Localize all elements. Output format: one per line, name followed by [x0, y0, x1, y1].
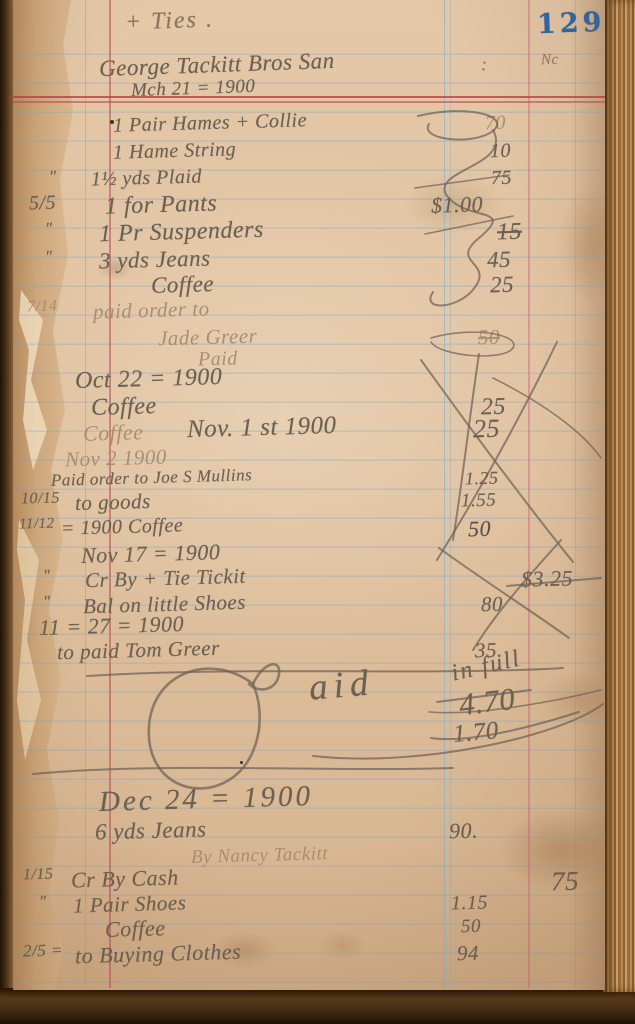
table-surface [0, 988, 635, 1024]
ledger-book-scan: + Ties . 129 Nc : George Tackitt Bros Sa… [0, 0, 635, 1024]
paper-vignette [13, 0, 605, 990]
page-edges [603, 0, 635, 992]
book-spine [0, 0, 14, 1024]
ledger-paper: + Ties . 129 Nc : George Tackitt Bros Sa… [13, 0, 605, 990]
